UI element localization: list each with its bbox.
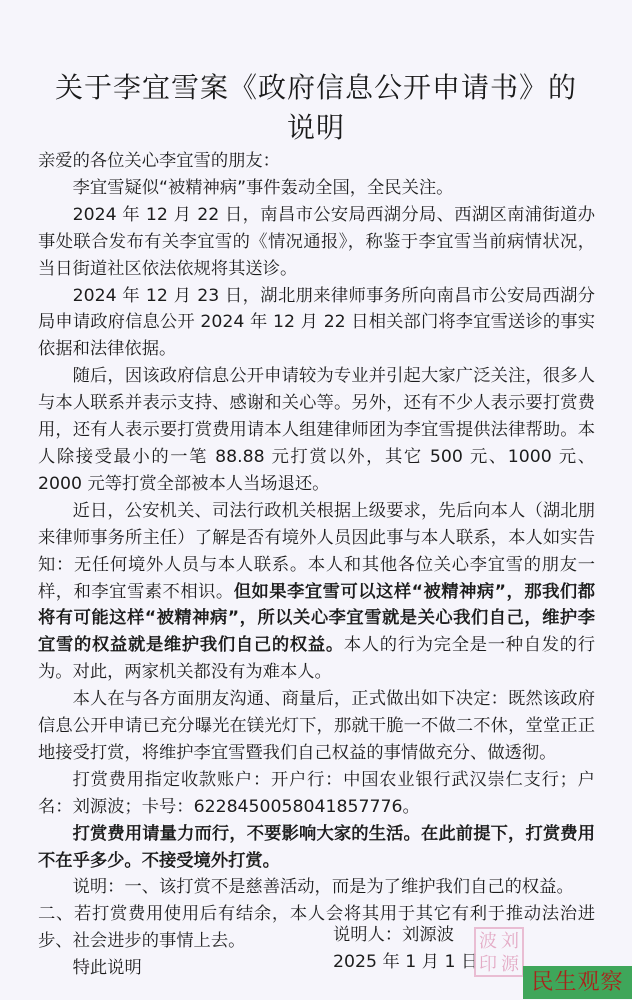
signer: 说明人：刘源波 — [333, 922, 478, 949]
card-label: 卡号： — [142, 797, 194, 817]
card-number: 6228450058041857776。 — [194, 797, 420, 817]
account-name: 刘源波； — [73, 797, 142, 817]
paragraph-6: 本人在与各方面朋友沟通、商量后，正式做出如下决定：既然该政府信息公开申请已充分曝… — [38, 686, 595, 767]
seal-char: 源 — [499, 953, 521, 976]
paragraph-1: 李宜雪疑似“被精神病”事件轰动全国，全民关注。 — [38, 175, 595, 202]
account-label: 打赏费用指定收款账户： — [73, 770, 271, 790]
bank-label: 开户行： — [271, 770, 343, 790]
signature-block: 说明人：刘源波 2025 年 1 月 1 日 — [333, 922, 478, 976]
paragraph-8-bold: 打赏费用请量力而行，不要影响大家的生活。在此前提下，打赏费用不在乎多少。不接受境… — [38, 821, 595, 875]
paragraph-2: 2024 年 12 月 22 日，南昌市公安局西湖分局、西湖区南浦街道办事处联合… — [38, 202, 595, 283]
title-line-2: 说明 — [40, 108, 592, 148]
document-page: 关于李宜雪案《政府信息公开申请书》的 说明 亲爱的各位关心李宜雪的朋友： 李宜雪… — [0, 0, 632, 1000]
seal-char: 刘 — [499, 930, 521, 953]
seal-char: 波 — [477, 930, 499, 953]
bank-name: 中国农业银行武汉崇仁支行； — [343, 770, 577, 790]
paragraph-5: 近日，公安机关、司法行政机关根据上级要求，先后向本人（湖北朋来律师事务所主任）了… — [38, 498, 595, 686]
seal-char: 印 — [477, 953, 499, 976]
paragraph-3: 2024 年 12 月 23 日，湖北朋来律师事务所向南昌市公安局西湖分局申请政… — [38, 283, 595, 364]
seal-stamp: 波 刘 印 源 — [474, 927, 524, 977]
watermark-badge: 民生观察 — [523, 966, 632, 999]
document-body: 亲爱的各位关心李宜雪的朋友： 李宜雪疑似“被精神病”事件轰动全国，全民关注。 2… — [38, 148, 595, 982]
note-line-1: 说明：一、该打赏不是慈善活动，而是为了维护我们自己的权益。 — [38, 874, 595, 901]
account-paragraph: 打赏费用指定收款账户：开户行：中国农业银行武汉崇仁支行；户名：刘源波；卡号：62… — [38, 767, 595, 821]
salutation: 亲爱的各位关心李宜雪的朋友： — [38, 148, 595, 175]
title-line-1: 关于李宜雪案《政府信息公开申请书》的 — [40, 68, 592, 108]
signature-date: 2025 年 1 月 1 日 — [333, 949, 478, 976]
paragraph-4: 随后，因该政府信息公开申请较为专业并引起大家广泛关注，很多人与本人联系并表示支持… — [38, 363, 595, 498]
document-title: 关于李宜雪案《政府信息公开申请书》的 说明 — [40, 68, 592, 148]
